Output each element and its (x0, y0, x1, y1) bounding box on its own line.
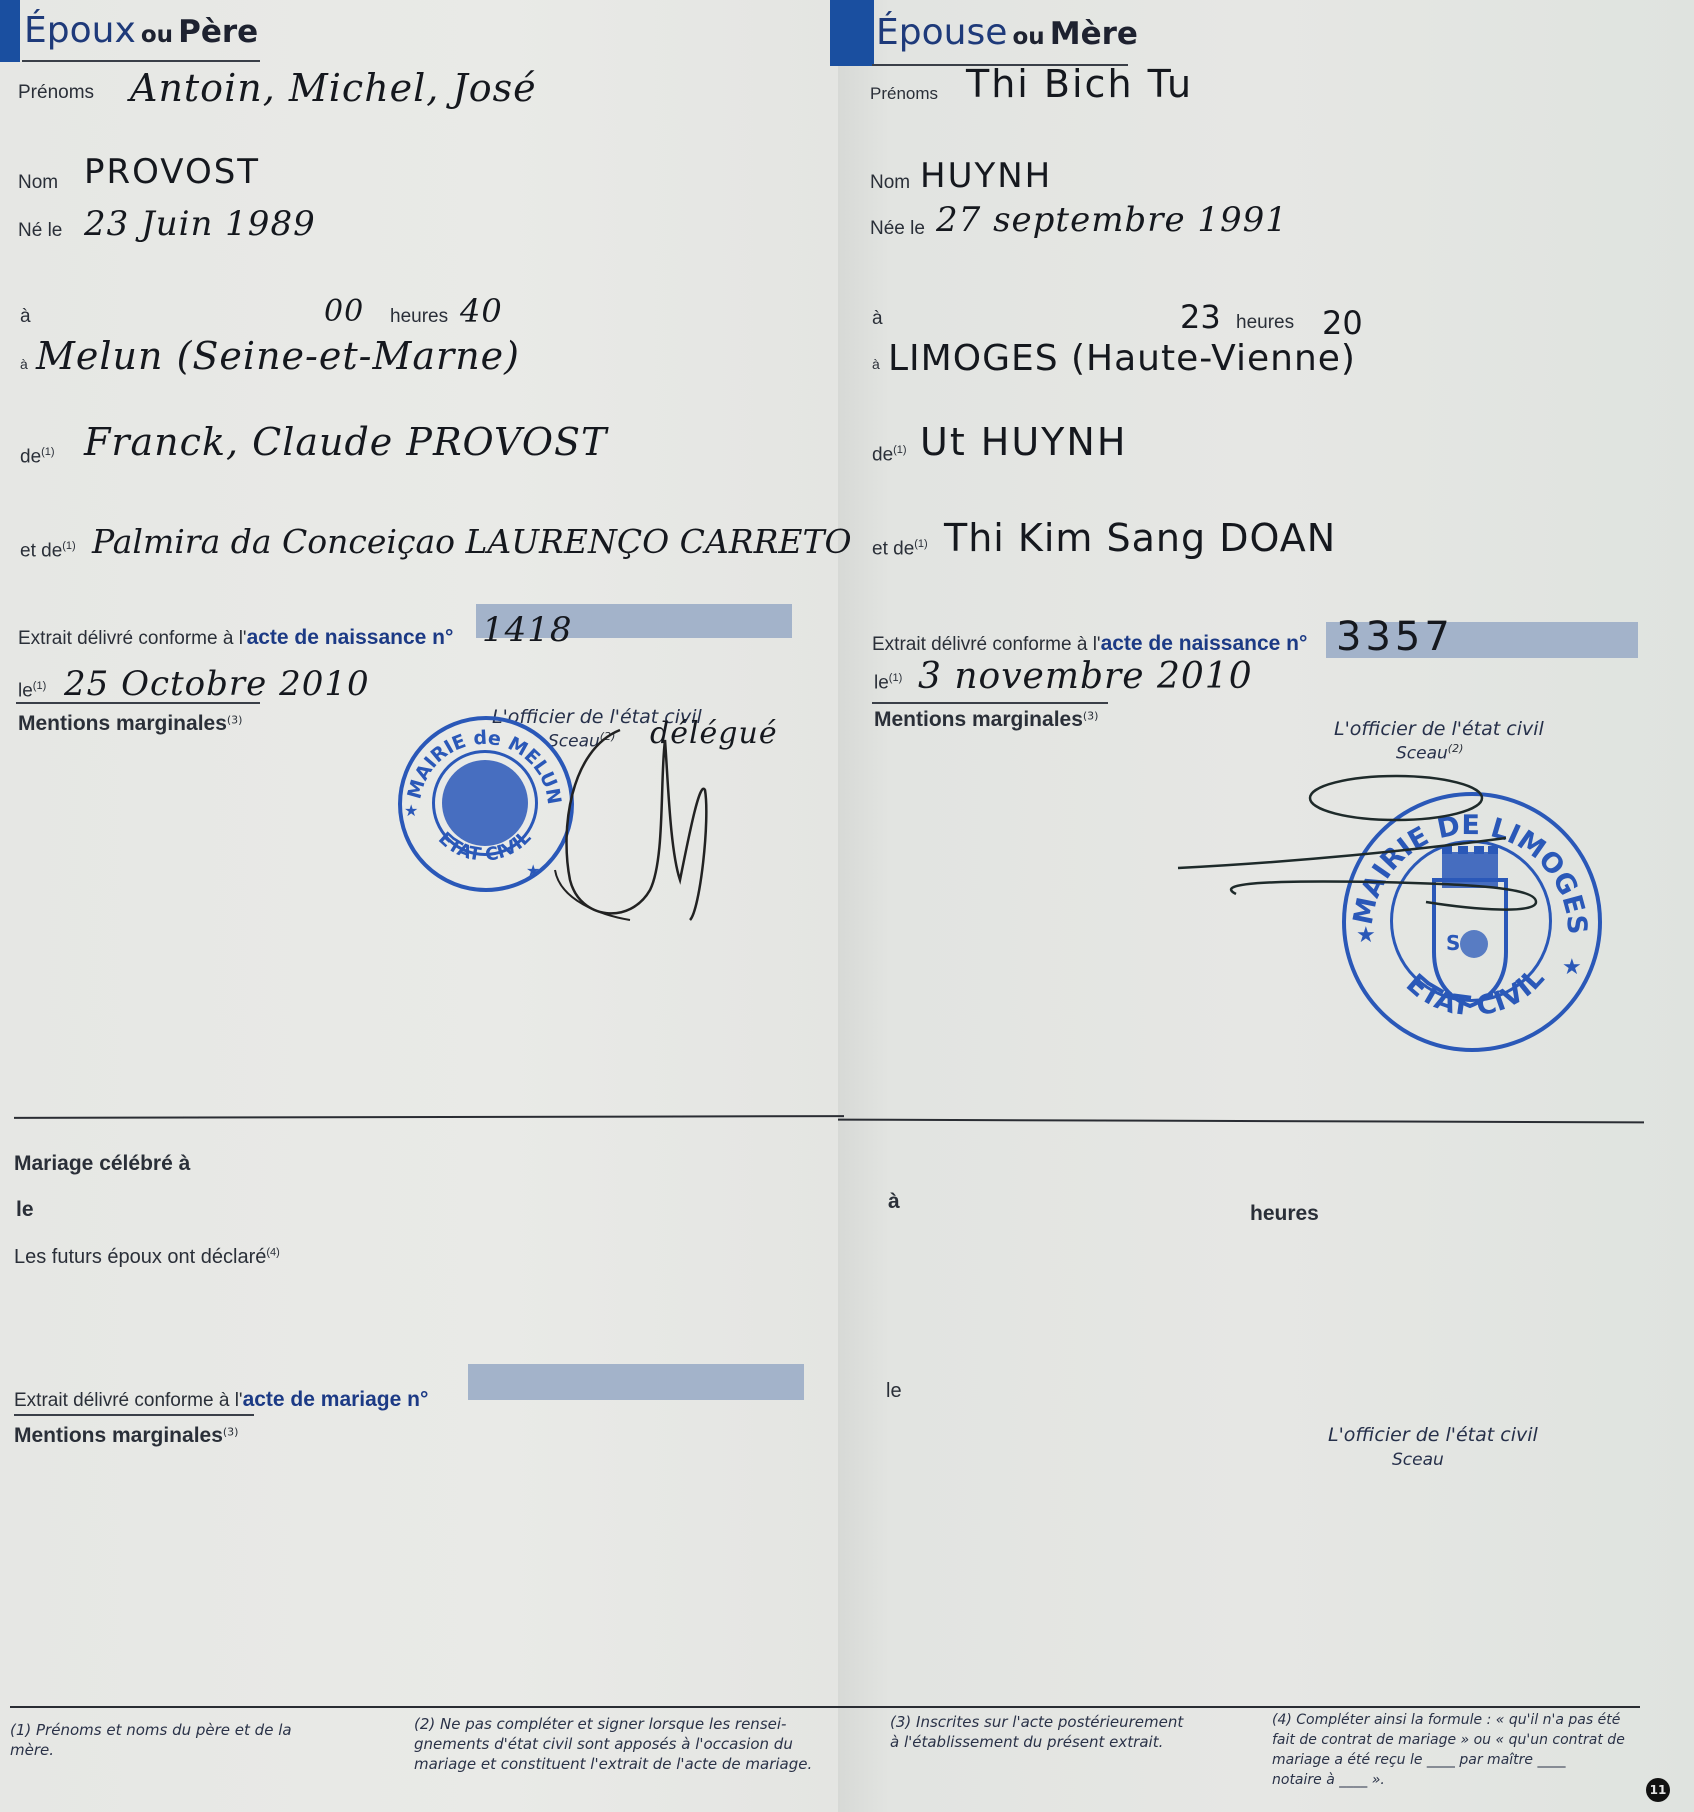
footnote-ref: (1) (33, 680, 46, 692)
label-a-place: à (872, 356, 880, 372)
svg-text:S: S (1446, 931, 1460, 955)
label-mentions: Mentions marginales (18, 712, 227, 735)
footnote-3-line: (3) Inscrites sur l'acte postérieurement (890, 1712, 1230, 1732)
label-et-de-text: et de (872, 538, 914, 559)
label-extrait: Extrait délivré conforme à l' (18, 628, 247, 649)
value-birth-date: 23 Juin 1989 (84, 204, 316, 244)
label-et-de-text: et de (20, 540, 62, 561)
svg-text:★: ★ (526, 861, 540, 880)
label-le: le(1) (18, 680, 46, 702)
header-ou: ou (141, 22, 173, 48)
value-father: Franck, Claude PROVOST (84, 420, 607, 464)
footnote-4-line: fait de contrat de mariage » ou « qu'un … (1272, 1730, 1672, 1750)
label-de: de(1) (872, 444, 907, 466)
footnote-4: (4) Compléter ainsi la formule : « qu'il… (1272, 1710, 1672, 1790)
header-accent-bar (830, 0, 874, 66)
page-number-badge: 11 (1646, 1778, 1670, 1802)
value-nom: PROVOST (84, 152, 260, 192)
footnote-2-line: mariage et constituent l'extrait de l'ac… (414, 1754, 834, 1774)
label-mentions: Mentions marginales (874, 708, 1083, 731)
footnote-ref: (3) (1083, 710, 1099, 723)
label-a-time: à (872, 308, 883, 330)
header-underline (22, 60, 260, 62)
label-mariage-a: à (888, 1190, 900, 1214)
footnote-3: (3) Inscrites sur l'acte postérieurement… (890, 1712, 1230, 1752)
value-nom: HUYNH (920, 156, 1052, 196)
footnote-ref: (1) (62, 540, 75, 552)
section-header-epoux: Époux ou Père (24, 10, 258, 51)
label-de-text: de (20, 446, 41, 467)
label-le-text: le (18, 680, 33, 701)
label-ne-le: Né le (18, 220, 62, 242)
footnote-ref: (1) (889, 672, 902, 684)
label-le: le(1) (874, 672, 902, 694)
label-sceau-mariage: Sceau (1392, 1450, 1444, 1470)
mentions-marginales-mariage: Mentions marginales(3) (14, 1424, 238, 1448)
label-mariage-heures: heures (1250, 1202, 1319, 1226)
label-officer-mariage: L'officier de l'état civil (1328, 1424, 1538, 1446)
footnote-ref: (1) (893, 444, 906, 456)
label-mariage-le: le (16, 1198, 34, 1222)
label-extrait: Extrait délivré conforme à l' (14, 1390, 243, 1411)
label-acte-naissance: acte de naissance n° (247, 626, 454, 649)
label-le-text: le (874, 672, 889, 693)
label-nom: Nom (870, 172, 910, 194)
header-ou: ou (1012, 24, 1044, 50)
label-et-de: et de(1) (872, 538, 928, 560)
svg-text:★: ★ (404, 801, 418, 820)
mentions-marginales-right: Mentions marginales(3) (874, 708, 1098, 732)
value-birth-hour: 00 (324, 294, 364, 329)
extrait-line: Extrait délivré conforme à l'acte de nai… (18, 626, 453, 650)
label-de: de(1) (20, 446, 55, 468)
label-mariage-le-right: le (886, 1380, 902, 1403)
footnote-2-line: (2) Ne pas compléter et signer lorsque l… (414, 1714, 834, 1734)
date-underline (872, 702, 1108, 704)
footnote-divider (10, 1706, 1640, 1708)
label-extrait: Extrait délivré conforme à l' (872, 634, 1101, 655)
label-sceau-text: Sceau (1396, 744, 1448, 764)
label-mentions: Mentions marginales (14, 1424, 223, 1447)
footnote-1: (1) Prénoms et noms du père et de la mèr… (10, 1720, 330, 1760)
label-nee-le: Née le (870, 218, 925, 240)
signature-right (1176, 770, 1636, 930)
extrait-line: Extrait délivré conforme à l'acte de nai… (872, 632, 1307, 656)
footnote-4-line: mariage a été reçu le ____ par maître __… (1272, 1750, 1672, 1770)
header-alt: Mère (1050, 16, 1138, 52)
footnote-ref: (2) (1448, 742, 1464, 755)
label-mariage-celebre: Mariage célébré à (14, 1152, 190, 1176)
label-declare-text: Les futurs époux ont déclaré (14, 1246, 266, 1268)
value-birth-minute: 40 (460, 292, 503, 330)
header-main: Épouse (876, 12, 1007, 53)
signature-left (540, 720, 740, 940)
label-sceau: Sceau(2) (1396, 742, 1463, 764)
label-futurs-epoux: Les futurs époux ont déclaré(4) (14, 1246, 280, 1269)
value-acte-number: 3357 (1336, 614, 1454, 660)
header-alt: Père (178, 14, 258, 50)
svg-text:ETAT CIVIL: ETAT CIVIL (1400, 963, 1551, 1023)
footnote-4-line: (4) Compléter ainsi la formule : « qu'il… (1272, 1710, 1672, 1730)
header-accent-bar (0, 0, 20, 62)
acte-mariage-number-field[interactable] (468, 1364, 804, 1400)
footnote-ref: (3) (223, 1426, 239, 1439)
footnote-ref: (1) (41, 446, 54, 458)
label-a-place: à (20, 356, 28, 372)
value-prenoms: Antoin, Michel, José (130, 66, 537, 110)
label-officer: L'officier de l'état civil (1334, 718, 1544, 740)
footnote-ref: (1) (914, 538, 927, 550)
svg-text:★: ★ (1562, 955, 1582, 980)
svg-text:ETAT CIVIL: ETAT CIVIL (434, 827, 535, 866)
header-main: Époux (24, 10, 136, 51)
value-father: Ut HUYNH (920, 420, 1127, 464)
date-underline (16, 702, 260, 704)
value-mother: Thi Kim Sang DOAN (944, 516, 1336, 560)
footnote-3-line: à l'établissement du présent extrait. (890, 1732, 1230, 1752)
footnote-4-line: notaire à ____ ». (1272, 1770, 1672, 1790)
value-birth-place: LIMOGES (Haute-Vienne) (888, 338, 1356, 379)
value-birth-date: 27 septembre 1991 (936, 200, 1288, 240)
label-heures: heures (390, 306, 448, 328)
value-mother: Palmira da Conceiçao LAURENÇO CARRETO (92, 522, 852, 561)
extrait-mariage-line: Extrait délivré conforme à l'acte de mar… (14, 1388, 428, 1412)
label-acte-mariage: acte de mariage n° (243, 1388, 429, 1411)
value-delivered-date: 3 novembre 2010 (918, 656, 1253, 697)
section-header-epouse: Épouse ou Mère (876, 12, 1138, 53)
label-nom: Nom (18, 172, 58, 194)
footnote-ref: (3) (227, 714, 243, 727)
value-acte-number: 1418 (482, 610, 573, 650)
value-prenoms: Thi Bich Tu (966, 62, 1193, 106)
footnote-2-line: gnements d'état civil sont apposés à l'o… (414, 1734, 834, 1754)
value-delivered-date: 25 Octobre 2010 (64, 664, 370, 704)
label-de-text: de (872, 444, 893, 465)
label-prenoms: Prénoms (870, 84, 938, 104)
label-heures: heures (1236, 312, 1294, 334)
footnote-2: (2) Ne pas compléter et signer lorsque l… (414, 1714, 834, 1774)
value-birth-minute: 20 (1322, 304, 1363, 342)
mariage-underline (14, 1414, 254, 1416)
footnote-ref: (4) (266, 1246, 279, 1258)
label-prenoms: Prénoms (18, 82, 94, 104)
label-et-de: et de(1) (20, 540, 76, 562)
mentions-marginales-left: Mentions marginales(3) (18, 712, 242, 736)
label-acte-naissance: acte de naissance n° (1101, 632, 1308, 655)
label-a-time: à (20, 306, 31, 328)
value-birth-hour: 23 (1180, 298, 1221, 336)
value-birth-place: Melun (Seine-et-Marne) (36, 334, 520, 378)
